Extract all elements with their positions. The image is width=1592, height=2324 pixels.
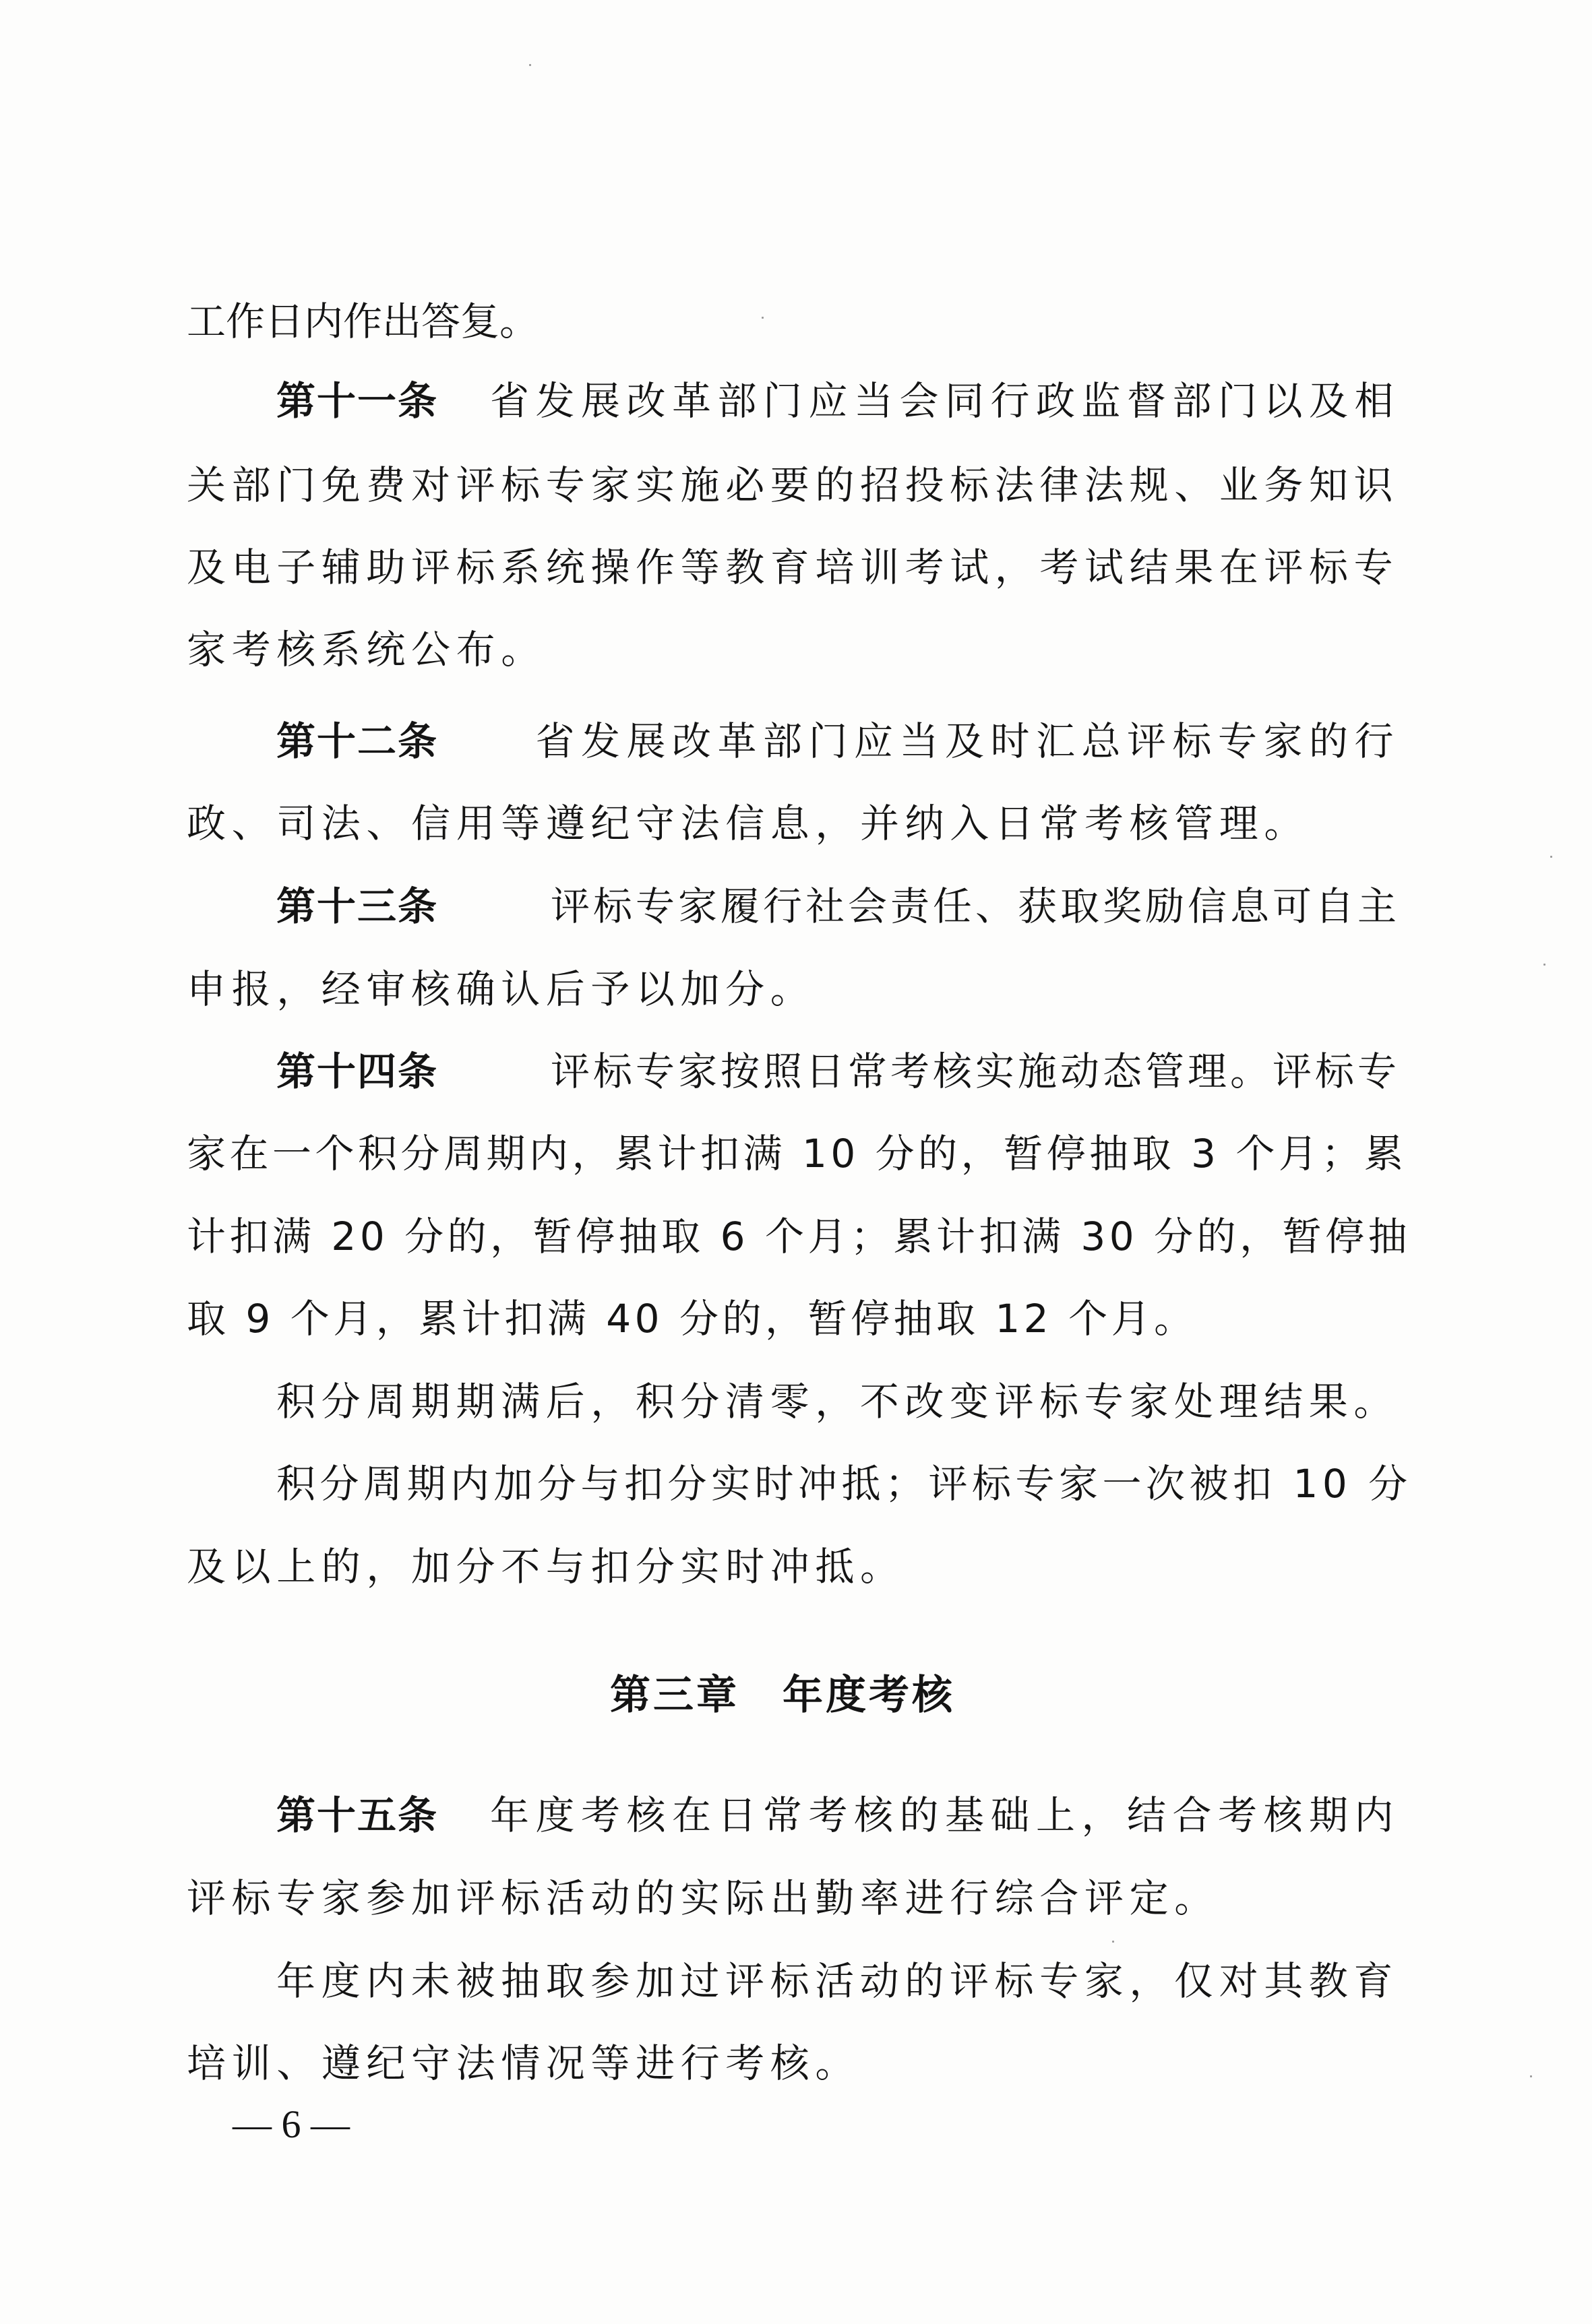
text-line: 政、司法、信用等遵纪守法信息，并纳入日常考核管理。 — [187, 799, 1309, 848]
article-11-first-line: 第十一条 省发展改革部门应当会同行政监督部门以及相 — [276, 377, 1400, 425]
article-label: 第十三条 — [276, 882, 438, 931]
article-12-first-line: 第十二条 省发展改革部门应当及时汇总评标专家的行 — [276, 717, 1400, 765]
text-segment: 省发展改革部门应当及时汇总评标专家的行 — [535, 717, 1400, 765]
chapter-heading: 第三章 年度考核 — [610, 1671, 880, 1720]
text-segment: 年度考核在日常考核的基础上，结合考核期内 — [490, 1791, 1400, 1840]
scan-speck — [529, 64, 531, 66]
article-label: 第十一条 — [276, 377, 438, 425]
text-line: 及以上的，加分不与扣分实时冲抵。 — [187, 1542, 905, 1591]
text-line: 关部门免费对评标专家实施必要的招投标法律法规、业务知识 — [187, 461, 1400, 509]
scan-speck — [1530, 2075, 1532, 2077]
text-line: 及电子辅助评标系统操作等教育培训考试，考试结果在评标专 — [187, 543, 1400, 592]
page-number: — 6 — — [233, 2101, 350, 2148]
text-segment: 评标专家按照日常考核实施动态管理。评标专 — [551, 1047, 1400, 1096]
scan-speck — [1112, 1941, 1114, 1943]
article-label: 第十二条 — [276, 717, 438, 765]
text-segment: 评标专家履行社会责任、获取奖励信息可自主 — [551, 882, 1400, 931]
text-segment: 省发展改革部门应当会同行政监督部门以及相 — [490, 377, 1400, 425]
text-line: 工作日内作出答复。 — [187, 297, 539, 346]
text-line: 取 9 个月，累计扣满 40 分的，暂停抽取 12 个月。 — [187, 1294, 1197, 1343]
article-15-first-line: 第十五条 年度考核在日常考核的基础上，结合考核期内 — [276, 1791, 1400, 1840]
scan-speck — [762, 317, 764, 319]
article-label: 第十五条 — [276, 1791, 438, 1840]
text-line: 申报，经审核确认后予以加分。 — [187, 965, 815, 1013]
text-line: 计扣满 20 分的，暂停抽取 6 个月；累计扣满 30 分的，暂停抽 — [187, 1212, 1400, 1261]
article-13-first-line: 第十三条 评标专家履行社会责任、获取奖励信息可自主 — [276, 882, 1400, 931]
text-line: 评标专家参加评标活动的实际出勤率进行综合评定。 — [187, 1874, 1219, 1922]
article-14-first-line: 第十四条 评标专家按照日常考核实施动态管理。评标专 — [276, 1047, 1400, 1096]
scan-speck — [1543, 964, 1545, 966]
scan-speck — [1550, 856, 1552, 858]
text-line: 家在一个积分周期内，累计扣满 10 分的，暂停抽取 3 个月；累 — [187, 1129, 1400, 1178]
text-line: 积分周期期满后，积分清零，不改变评标专家处理结果。 — [276, 1377, 1399, 1426]
text-line: 年度内未被抽取参加过评标活动的评标专家，仅对其教育 — [276, 1957, 1400, 2005]
text-line: 积分周期内加分与扣分实时冲抵；评标专家一次被扣 10 分 — [276, 1459, 1400, 1508]
article-label: 第十四条 — [276, 1047, 438, 1096]
text-line: 培训、遵纪守法情况等进行考核。 — [187, 2039, 860, 2087]
text-line: 家考核系统公布。 — [187, 625, 546, 674]
